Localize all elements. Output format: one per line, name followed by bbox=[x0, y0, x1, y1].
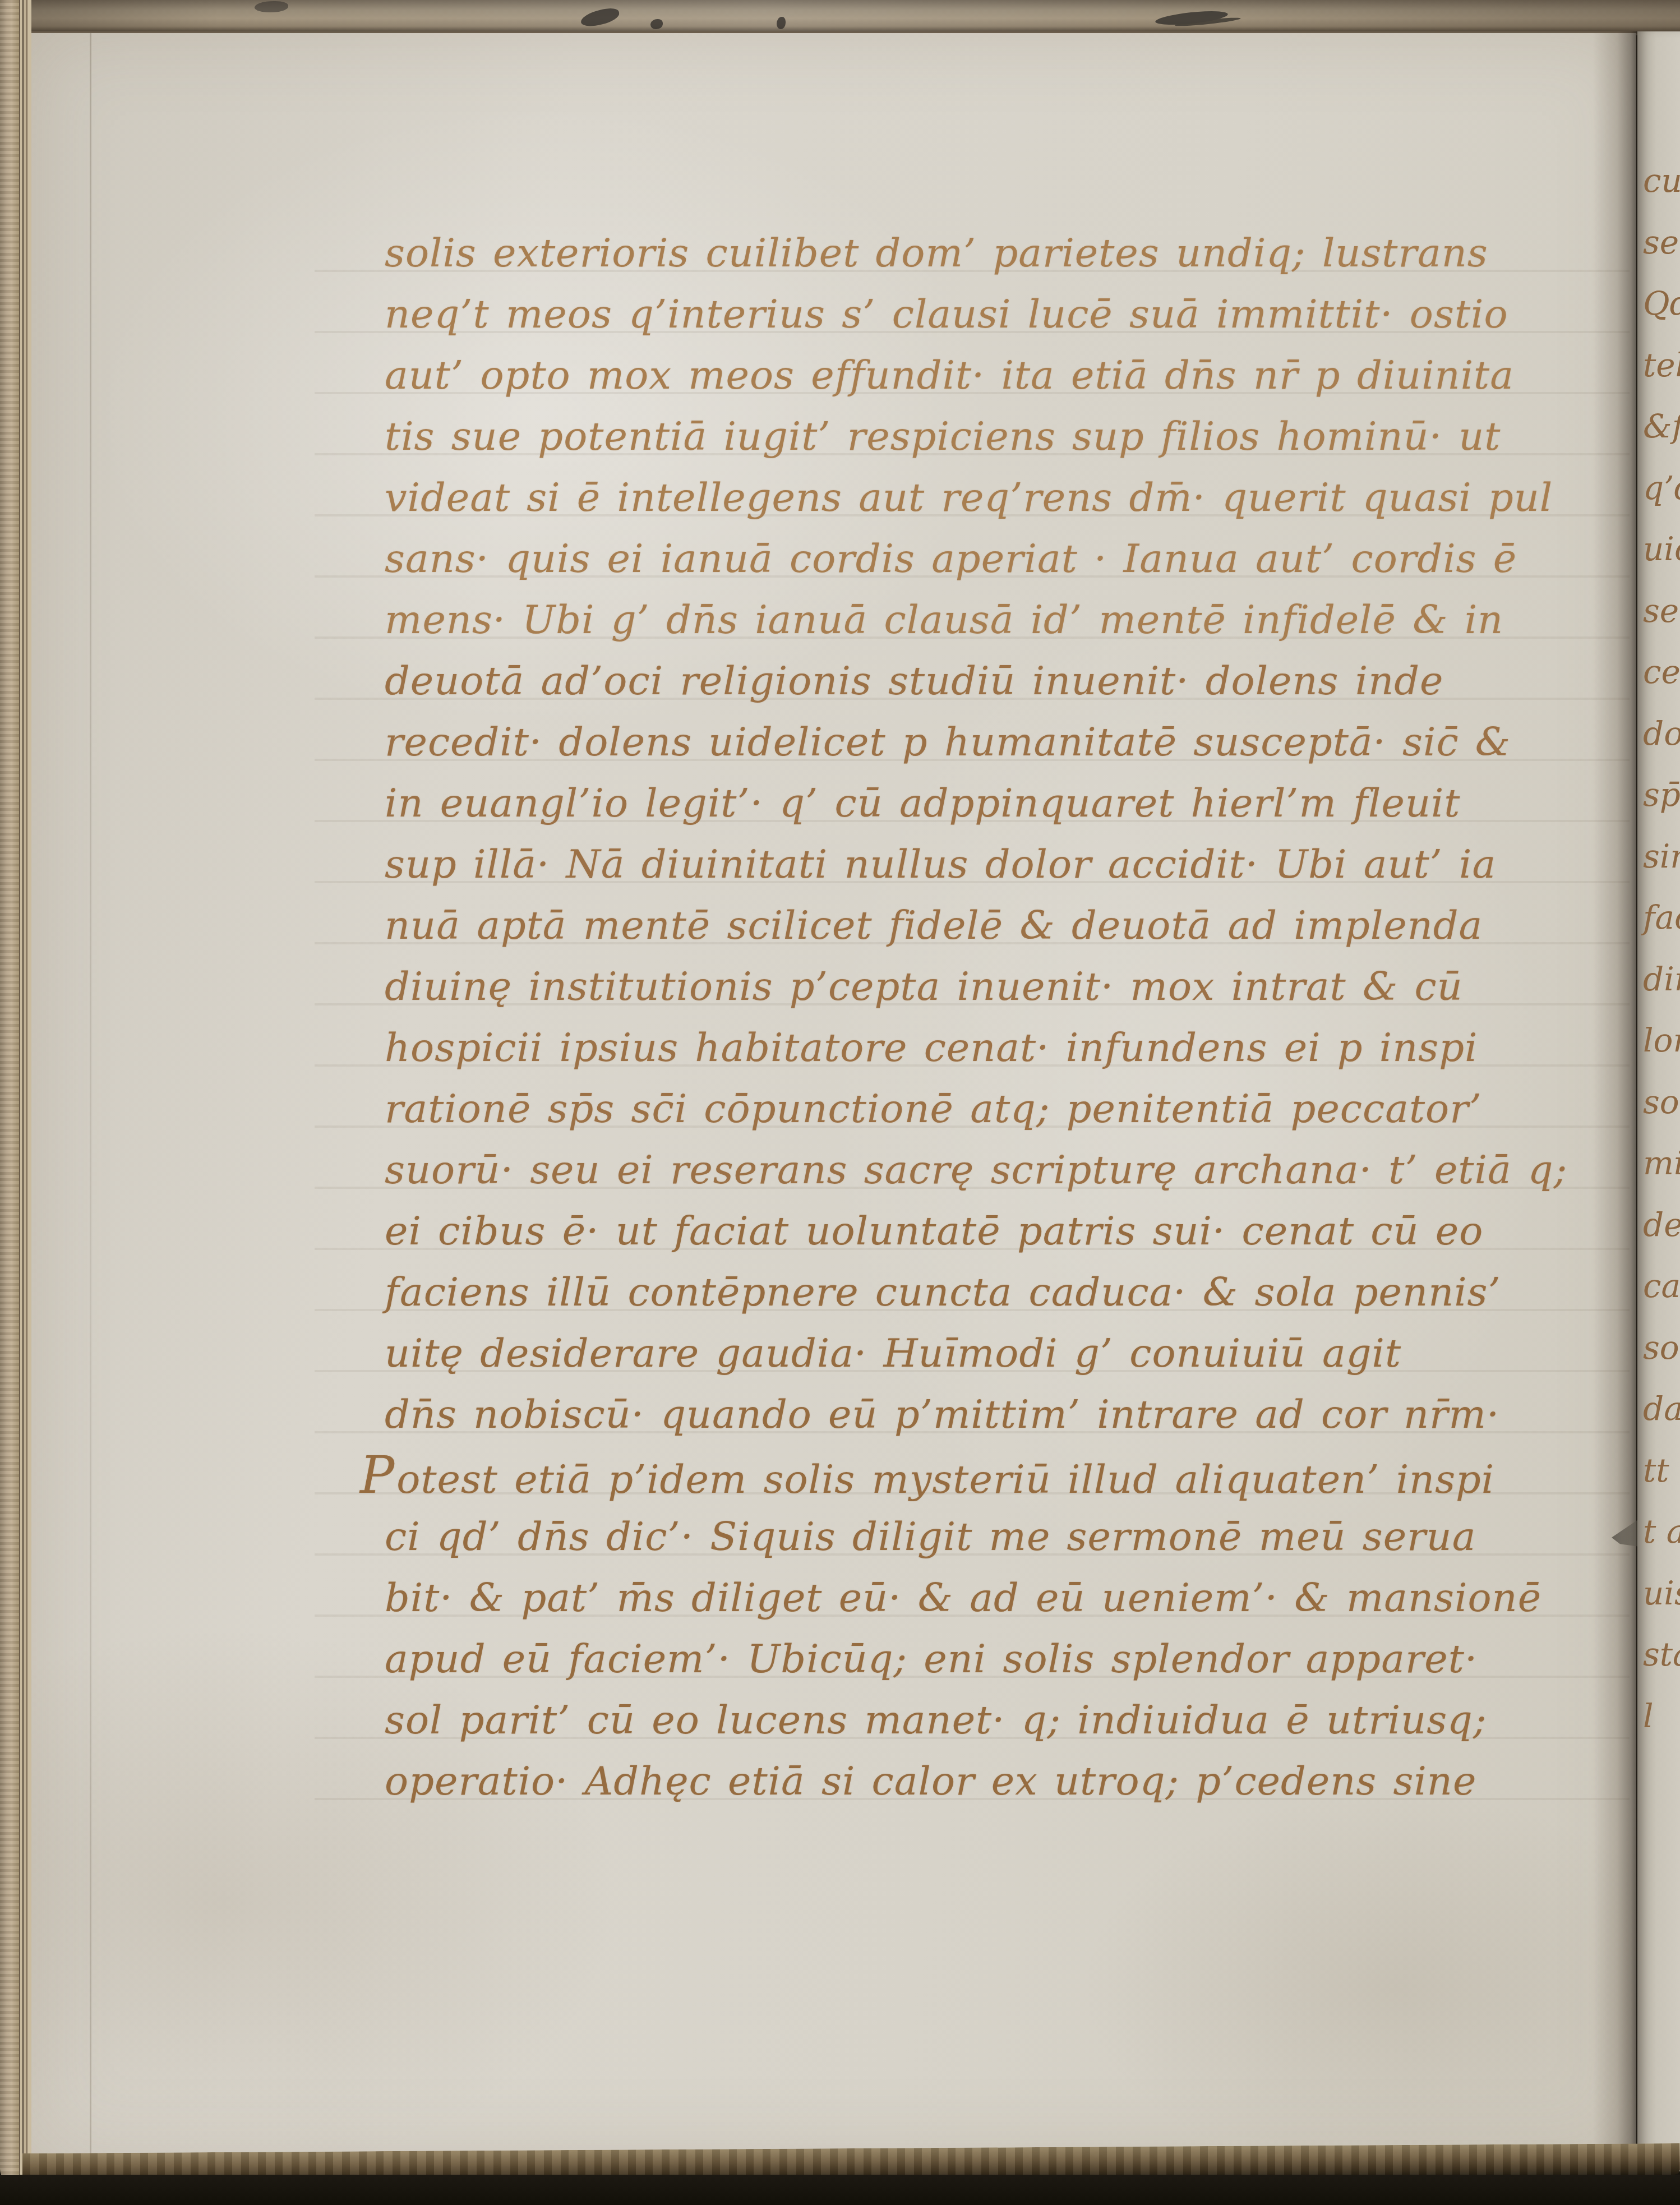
text-fragment: uis bbox=[1643, 1563, 1680, 1625]
text-fragment: cal bbox=[1643, 1256, 1680, 1317]
text-fragment: sem bbox=[1643, 212, 1680, 274]
text-line: hospicii ipsius habitatore cenat· infund… bbox=[385, 1017, 1658, 1078]
text-line: Potest etiā p’idem solis mysteriū illud … bbox=[385, 1445, 1658, 1506]
text-line: suorū· seu ei reserans sacrę scripturę a… bbox=[385, 1140, 1658, 1201]
text-fragment: tell bbox=[1643, 335, 1680, 396]
text-block: solis exterioris cuilibet dom’ parietes … bbox=[385, 223, 1658, 1812]
text-fragment: cui bbox=[1643, 150, 1680, 212]
text-line: ei cibus ē· ut faciat uoluntatē patris s… bbox=[385, 1201, 1658, 1262]
ink-smudge bbox=[255, 1, 288, 12]
background-shadow bbox=[0, 2175, 1680, 2205]
text-fragment: sing bbox=[1643, 826, 1680, 888]
text-fragment: q’d bbox=[1643, 458, 1680, 519]
facing-page-edge: cuisemQd’ntell&fiq’duioser̄cendorsp̄usin… bbox=[1637, 31, 1680, 2171]
text-line: sup illā· Nā diuinitati nullus dolor acc… bbox=[385, 834, 1658, 895]
text-line: uitę desiderare gaudia· Huīmodi g’ conui… bbox=[385, 1323, 1658, 1384]
text-fragment: sta bbox=[1643, 1624, 1680, 1686]
binding-edge bbox=[0, 0, 19, 2183]
text-line: solis exterioris cuilibet dom’ parietes … bbox=[385, 223, 1658, 284]
text-fragment: den bbox=[1643, 1194, 1680, 1256]
manuscript-page: solis exterioris cuilibet dom’ parietes … bbox=[31, 31, 1636, 2158]
text-fragment: lor bbox=[1643, 1010, 1680, 1072]
text-line: in euangl’io legit’· q’ cū adppinquaret … bbox=[385, 773, 1658, 834]
facing-page-text-fragments: cuisemQd’ntell&fiq’duioser̄cendorsp̄usin… bbox=[1643, 150, 1680, 1747]
text-line: rationē sp̄s sc̄i cōpunctionē atq; penit… bbox=[385, 1078, 1658, 1140]
text-fragment: Qd’n bbox=[1643, 273, 1680, 335]
text-fragment: tt bbox=[1643, 1440, 1680, 1502]
text-fragment: t a bbox=[1643, 1501, 1680, 1563]
text-fragment: sp̄u bbox=[1643, 764, 1680, 826]
page-crease bbox=[90, 33, 91, 2158]
text-fragment: dat bbox=[1643, 1378, 1680, 1440]
text-fragment: mi bbox=[1643, 1133, 1680, 1194]
text-line: recedit· dolens uidelicet p humanitatē s… bbox=[385, 712, 1658, 773]
manuscript-photo: solis exterioris cuilibet dom’ parietes … bbox=[0, 0, 1680, 2205]
text-line: operatio· Adhęc etiā si calor ex utroq; … bbox=[385, 1751, 1658, 1812]
text-line: sans· quis ei ianuā cordis aperiat · Ian… bbox=[385, 528, 1658, 589]
text-fragment: dor bbox=[1643, 703, 1680, 765]
text-fragment: uio bbox=[1643, 519, 1680, 580]
text-line: aut’ opto mox meos effundit· ita etiā dn… bbox=[385, 345, 1658, 406]
text-line: nuā aptā mentē scilicet fidelē & deuotā … bbox=[385, 895, 1658, 956]
text-line: bit· & pat’ m̄s diliget eū· & ad eū ueni… bbox=[385, 1567, 1658, 1629]
text-line: deuotā ad’oci religionis studiū inuenit·… bbox=[385, 651, 1658, 712]
text-fragment: ser̄ bbox=[1643, 580, 1680, 642]
text-fragment: din bbox=[1643, 949, 1680, 1011]
text-line: neq’t meos q’interius s’ clausi lucē suā… bbox=[385, 284, 1658, 345]
top-fore-edge bbox=[19, 0, 1680, 34]
text-fragment: sor bbox=[1643, 1317, 1680, 1379]
text-fragment: cen bbox=[1643, 642, 1680, 703]
text-line: mens· Ubi g’ dn̄s ianuā clausā id’ mentē… bbox=[385, 589, 1658, 651]
text-fragment: &fi bbox=[1643, 396, 1680, 458]
text-fragment: fac bbox=[1643, 887, 1680, 949]
text-line: videat si ē intellegens aut req’rens dm̄… bbox=[385, 467, 1658, 528]
stacked-page-edges bbox=[19, 0, 31, 2179]
gutter-shadow bbox=[1593, 31, 1637, 2159]
text-fragment: sole bbox=[1643, 1072, 1680, 1133]
text-line: sol parit’ cū eo lucens manet· q; indiui… bbox=[385, 1690, 1658, 1751]
text-line: tis sue potentiā iugit’ respiciens sup f… bbox=[385, 406, 1658, 467]
text-line: dn̄s nobiscū· quando eū p’mittim’ intrar… bbox=[385, 1384, 1658, 1445]
text-line: diuinę institutionis p’cepta inuenit· mo… bbox=[385, 956, 1658, 1017]
text-fragment: l bbox=[1643, 1686, 1680, 1747]
text-line: faciens illū contēpnere cuncta caduca· &… bbox=[385, 1262, 1658, 1323]
text-line: apud eū faciem’· Ubicūq; eni solis splen… bbox=[385, 1629, 1658, 1690]
text-line: ci qd’ dn̄s dic’· Siquis diligit me serm… bbox=[385, 1506, 1658, 1567]
